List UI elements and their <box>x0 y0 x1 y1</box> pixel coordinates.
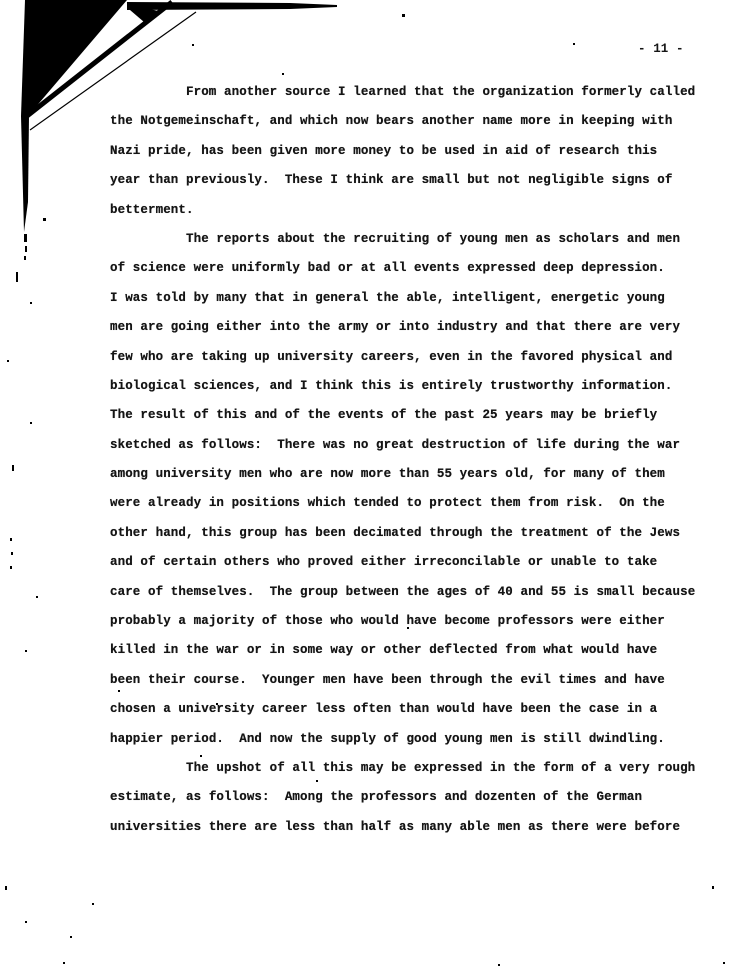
text-line: few who are taking up university careers… <box>110 349 710 378</box>
text-line: The result of this and of the events of … <box>110 407 710 436</box>
text-line: I was told by many that in general the a… <box>110 290 710 319</box>
page-number: - 11 - <box>638 42 684 56</box>
text-line: chosen a university career less often th… <box>110 701 710 730</box>
text-line: the Notgemeinschaft, and which now bears… <box>110 113 710 142</box>
text-line: of science were uniformly bad or at all … <box>110 260 710 289</box>
scan-top-streak <box>127 2 337 10</box>
text-line: The upshot of all this may be expressed … <box>110 760 710 789</box>
text-line: sketched as follows: There was no great … <box>110 437 710 466</box>
scan-left-strip <box>21 116 29 232</box>
text-line: were already in positions which tended t… <box>110 495 710 524</box>
text-line: killed in the war or in some way or othe… <box>110 642 710 671</box>
text-line: From another source I learned that the o… <box>110 84 710 113</box>
text-line: probably a majority of those who would h… <box>110 613 710 642</box>
text-line: year than previously. These I think are … <box>110 172 710 201</box>
text-line: men are going either into the army or in… <box>110 319 710 348</box>
text-line: Nazi pride, has been given more money to… <box>110 143 710 172</box>
document-text: From another source I learned that the o… <box>110 84 710 848</box>
text-line: estimate, as follows: Among the professo… <box>110 789 710 818</box>
text-line: among university men who are now more th… <box>110 466 710 495</box>
text-line: biological sciences, and I think this is… <box>110 378 710 407</box>
scan-pennant <box>130 4 162 22</box>
text-line: other hand, this group has been decimate… <box>110 525 710 554</box>
text-line: and of certain others who proved either … <box>110 554 710 583</box>
text-line: happier period. And now the supply of go… <box>110 731 710 760</box>
scanned-document-page: - 11 - From another source I learned tha… <box>0 0 750 972</box>
text-line: universities there are less than half as… <box>110 819 710 848</box>
text-line: betterment. <box>110 202 710 231</box>
text-line: care of themselves. The group between th… <box>110 584 710 613</box>
text-line: The reports about the recruiting of youn… <box>110 231 710 260</box>
text-line: been their course. Younger men have been… <box>110 672 710 701</box>
